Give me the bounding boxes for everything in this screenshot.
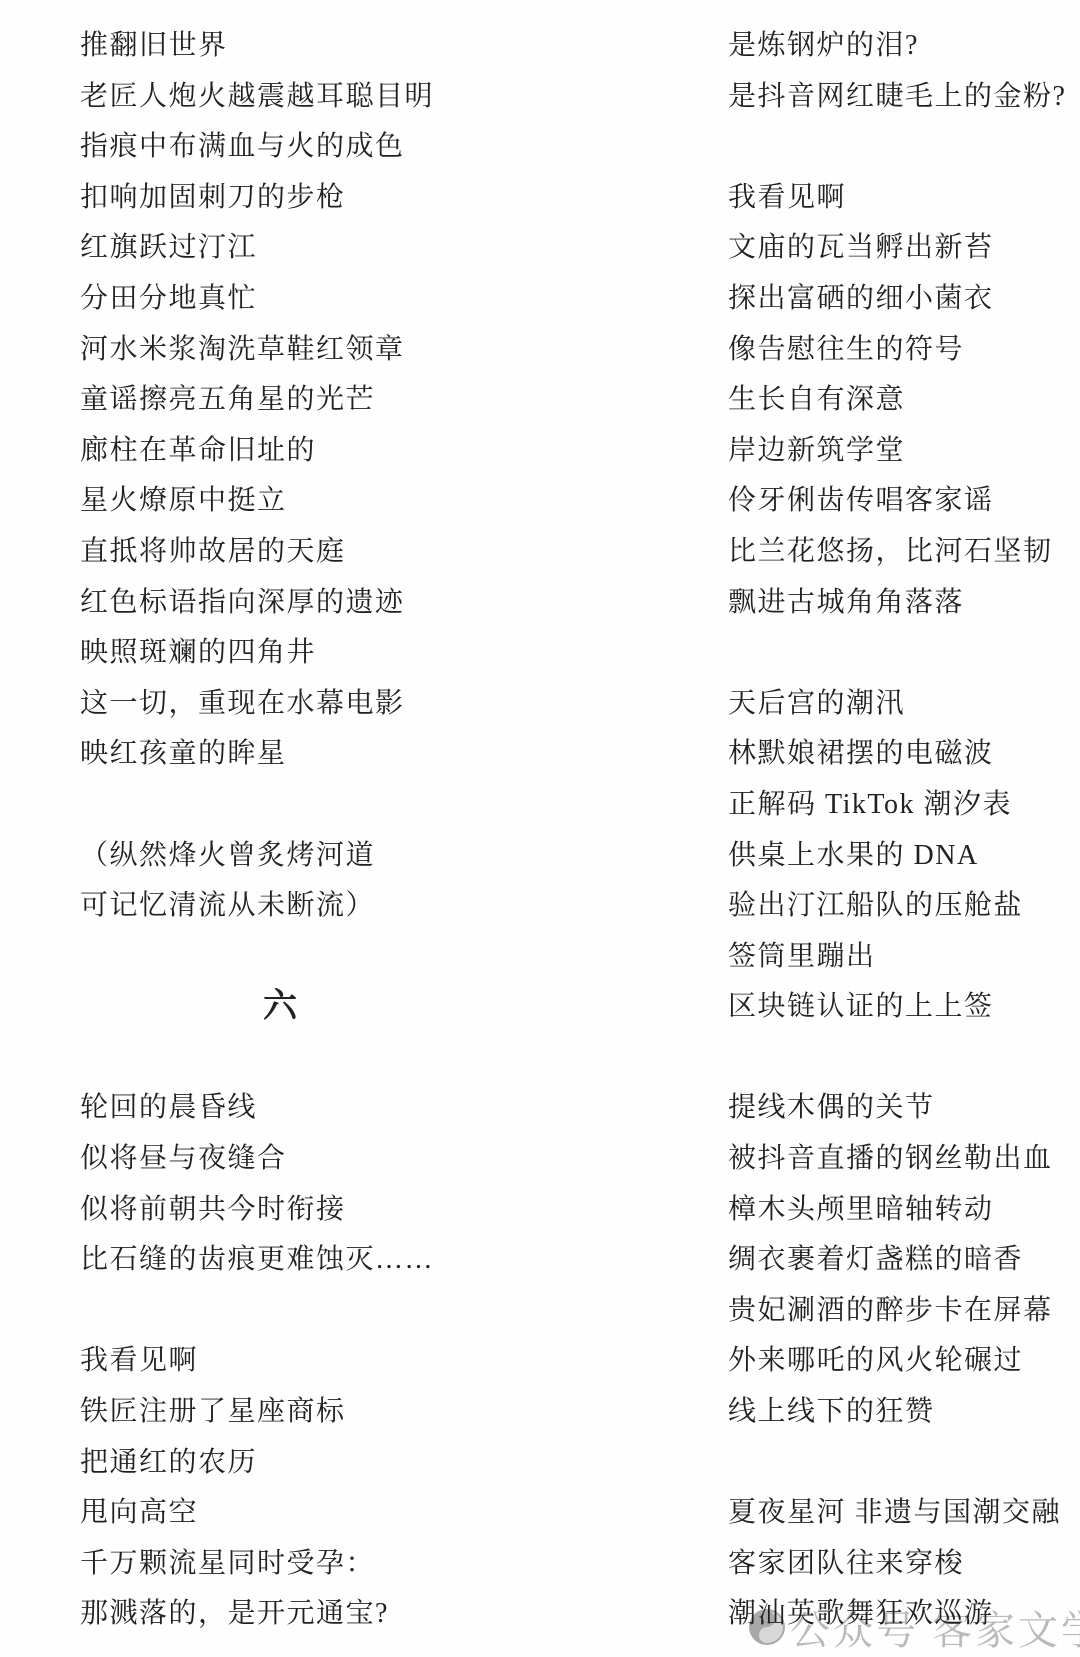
poem-line: 被抖音直播的钢丝勒出血	[728, 1134, 1080, 1185]
poem-line: 直抵将帅故居的天庭	[80, 527, 480, 578]
poem-line: 像告慰往生的符号	[728, 325, 1080, 376]
poem-line: 老匠人炮火越震越耳聪目明	[80, 72, 480, 123]
blank-line	[728, 122, 1080, 173]
poem-line: 红色标语指向深厚的遗迹	[80, 578, 480, 629]
poem-line: （纵然烽火曾炙烤河道	[80, 831, 480, 882]
poem-line: 绸衣裹着灯盏糕的暗香	[728, 1235, 1080, 1286]
poem-line: 伶牙俐齿传唱客家谣	[728, 476, 1080, 527]
poem-line: 千万颗流星同时受孕：	[80, 1539, 480, 1590]
poem-line: 正解码 TikTok 潮汐表	[728, 780, 1080, 831]
poem-line: 贵妃涮酒的醉步卡在屏幕	[728, 1286, 1080, 1337]
blank-line	[728, 628, 1080, 679]
poem-line: 提线木偶的关节	[728, 1083, 1080, 1134]
poem-line: 探出富硒的细小菌衣	[728, 274, 1080, 325]
poem-line: 潮汕英歌舞狂欢巡游	[728, 1589, 1080, 1640]
poem-line: 线上线下的狂赞	[728, 1387, 1080, 1438]
poem-line: 轮回的晨昏线	[80, 1083, 480, 1134]
poem-line: 是抖音网红睫毛上的金粉?	[728, 72, 1080, 123]
poem-line: 似将前朝共今时衔接	[80, 1185, 480, 1236]
poem-line: 分田分地真忙	[80, 274, 480, 325]
blank-line	[80, 1033, 480, 1084]
poem-line: 林默娘裙摆的电磁波	[728, 729, 1080, 780]
poem-line: 可记忆清流从未断流）	[80, 881, 480, 932]
poem-left-column: 推翻旧世界老匠人炮火越震越耳聪目明指痕中布满血与火的成色扣响加固刺刀的步枪红旗跃…	[80, 21, 480, 1640]
poem-line: 这一切，重现在水幕电影	[80, 679, 480, 730]
poem-line: 我看见啊	[80, 1336, 480, 1387]
blank-line	[80, 780, 480, 831]
poem-line: 比兰花悠扬，比河石坚韧	[728, 527, 1080, 578]
poem-page: 推翻旧世界老匠人炮火越震越耳聪目明指痕中布满血与火的成色扣响加固刺刀的步枪红旗跃…	[0, 0, 1080, 1657]
poem-line: 似将昼与夜缝合	[80, 1134, 480, 1185]
poem-line: 指痕中布满血与火的成色	[80, 122, 480, 173]
poem-line: 映红孩童的眸星	[80, 729, 480, 780]
poem-line: 扣响加固刺刀的步枪	[80, 173, 480, 224]
poem-line: 天后宫的潮汛	[728, 679, 1080, 730]
poem-line: 外来哪吒的风火轮碾过	[728, 1336, 1080, 1387]
poem-line: 河水米浆淘洗草鞋红领章	[80, 325, 480, 376]
poem-line: 星火燎原中挺立	[80, 476, 480, 527]
blank-line	[80, 932, 480, 983]
poem-line: 区块链认证的上上签	[728, 982, 1080, 1033]
poem-line: 验出汀江船队的压舱盐	[728, 881, 1080, 932]
poem-line: 供桌上水果的 DNA	[728, 831, 1080, 882]
section-header: 六	[80, 982, 480, 1033]
poem-line: 客家团队往来穿梭	[728, 1539, 1080, 1590]
blank-line	[728, 1438, 1080, 1489]
poem-line: 飘进古城角角落落	[728, 578, 1080, 629]
poem-line: 签筒里蹦出	[728, 932, 1080, 983]
poem-line: 生长自有深意	[728, 375, 1080, 426]
poem-line: 樟木头颅里暗轴转动	[728, 1185, 1080, 1236]
poem-line: 廊柱在革命旧址的	[80, 426, 480, 477]
poem-line: 把通红的农历	[80, 1438, 480, 1489]
poem-line: 红旗跃过汀江	[80, 223, 480, 274]
poem-line: 那溅落的，是开元通宝?	[80, 1589, 480, 1640]
poem-line: 岸边新筑学堂	[728, 426, 1080, 477]
poem-line: 夏夜星河 非遗与国潮交融	[728, 1488, 1080, 1539]
poem-right-column: 是炼钢炉的泪?是抖音网红睫毛上的金粉?我看见啊文庙的瓦当孵出新苔探出富硒的细小菌…	[728, 21, 1080, 1640]
blank-line	[728, 1033, 1080, 1084]
poem-line: 我看见啊	[728, 173, 1080, 224]
blank-line	[80, 1286, 480, 1337]
poem-line: 推翻旧世界	[80, 21, 480, 72]
poem-line: 是炼钢炉的泪?	[728, 21, 1080, 72]
poem-line: 比石缝的齿痕更难蚀灭……	[80, 1235, 480, 1286]
poem-line: 映照斑斓的四角井	[80, 628, 480, 679]
poem-line: 文庙的瓦当孵出新苔	[728, 223, 1080, 274]
poem-line: 铁匠注册了星座商标	[80, 1387, 480, 1438]
poem-line: 童谣擦亮五角星的光芒	[80, 375, 480, 426]
poem-line: 甩向高空	[80, 1488, 480, 1539]
